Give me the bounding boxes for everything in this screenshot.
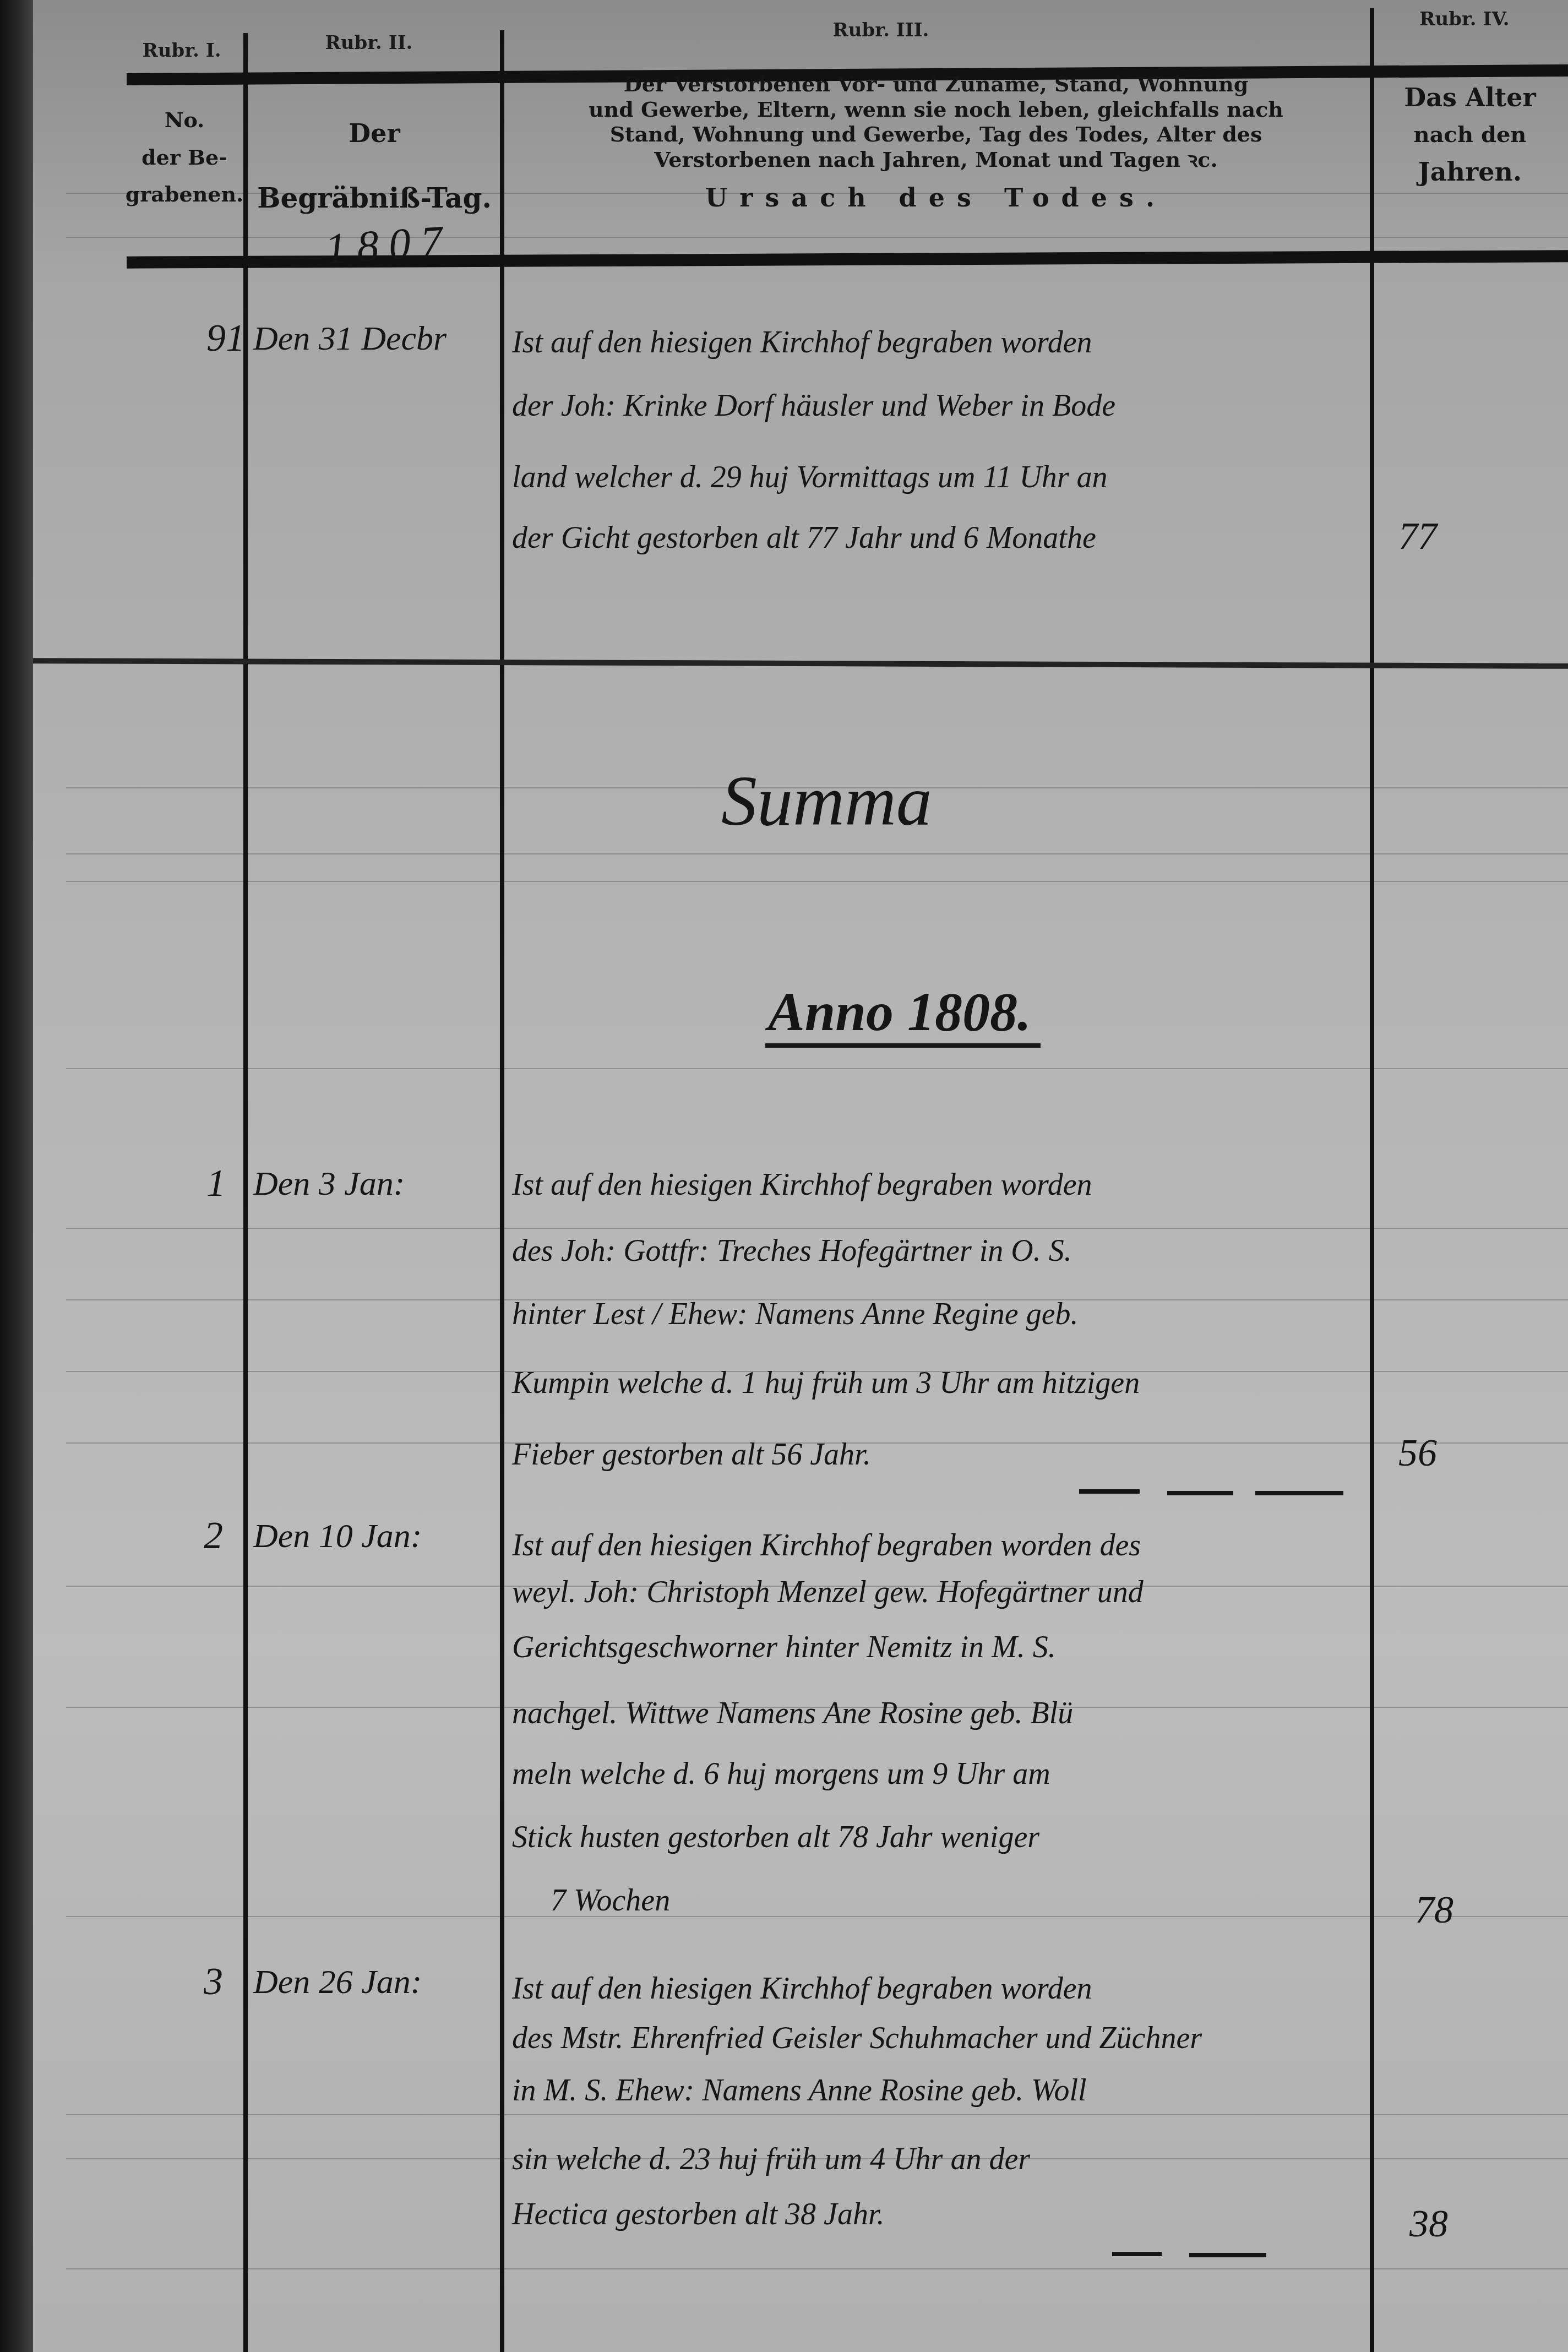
rubric-1: Rubr. I.: [121, 40, 242, 62]
column-divider-1: [243, 33, 248, 2352]
entry-91-age: 77: [1398, 515, 1437, 559]
col1-header: No. der Be- grabenen.: [121, 107, 248, 207]
rubric-2: Rubr. II.: [281, 32, 457, 54]
entry-1-age: 56: [1398, 1431, 1437, 1476]
register-page: Rubr. I. Rubr. II. Rubr. III. Rubr. IV. …: [33, 0, 1568, 2352]
entry-3-date: Den 26 Jan:: [253, 1963, 422, 2002]
anno-label: Anno 1808.: [768, 980, 1031, 1043]
anno-underline: [765, 1043, 1041, 1048]
book-binding-edge: [0, 0, 33, 2352]
entry-2-age: 78: [1415, 1888, 1453, 1932]
entry-1-number: 1: [206, 1162, 226, 1206]
rubric-3: Rubr. III.: [793, 19, 969, 41]
col2-year: 1807: [323, 216, 454, 275]
summa-label: Summa: [721, 760, 932, 842]
entry-2-number: 2: [204, 1514, 223, 1558]
entry-2-date: Den 10 Jan:: [253, 1517, 422, 1556]
entry-91-date: Den 31 Decbr: [253, 319, 447, 358]
column-divider-2: [500, 30, 504, 2352]
col2-header: Der Begräbniß-Tag.: [251, 118, 498, 215]
entry-1-date: Den 3 Jan:: [253, 1164, 405, 1204]
col4-header: Das Alter nach den Jahren.: [1376, 83, 1564, 187]
column-divider-3: [1370, 8, 1374, 2352]
col3-header: Der Verstorbenen Vor- und Zuname, Stand,…: [512, 72, 1360, 214]
section-rule: [33, 658, 1568, 669]
rubric-4: Rubr. IV.: [1376, 8, 1553, 30]
entry-3-age: 38: [1409, 2202, 1448, 2246]
entry-91-number: 91: [206, 317, 245, 361]
entry-3-number: 3: [204, 1960, 223, 2004]
